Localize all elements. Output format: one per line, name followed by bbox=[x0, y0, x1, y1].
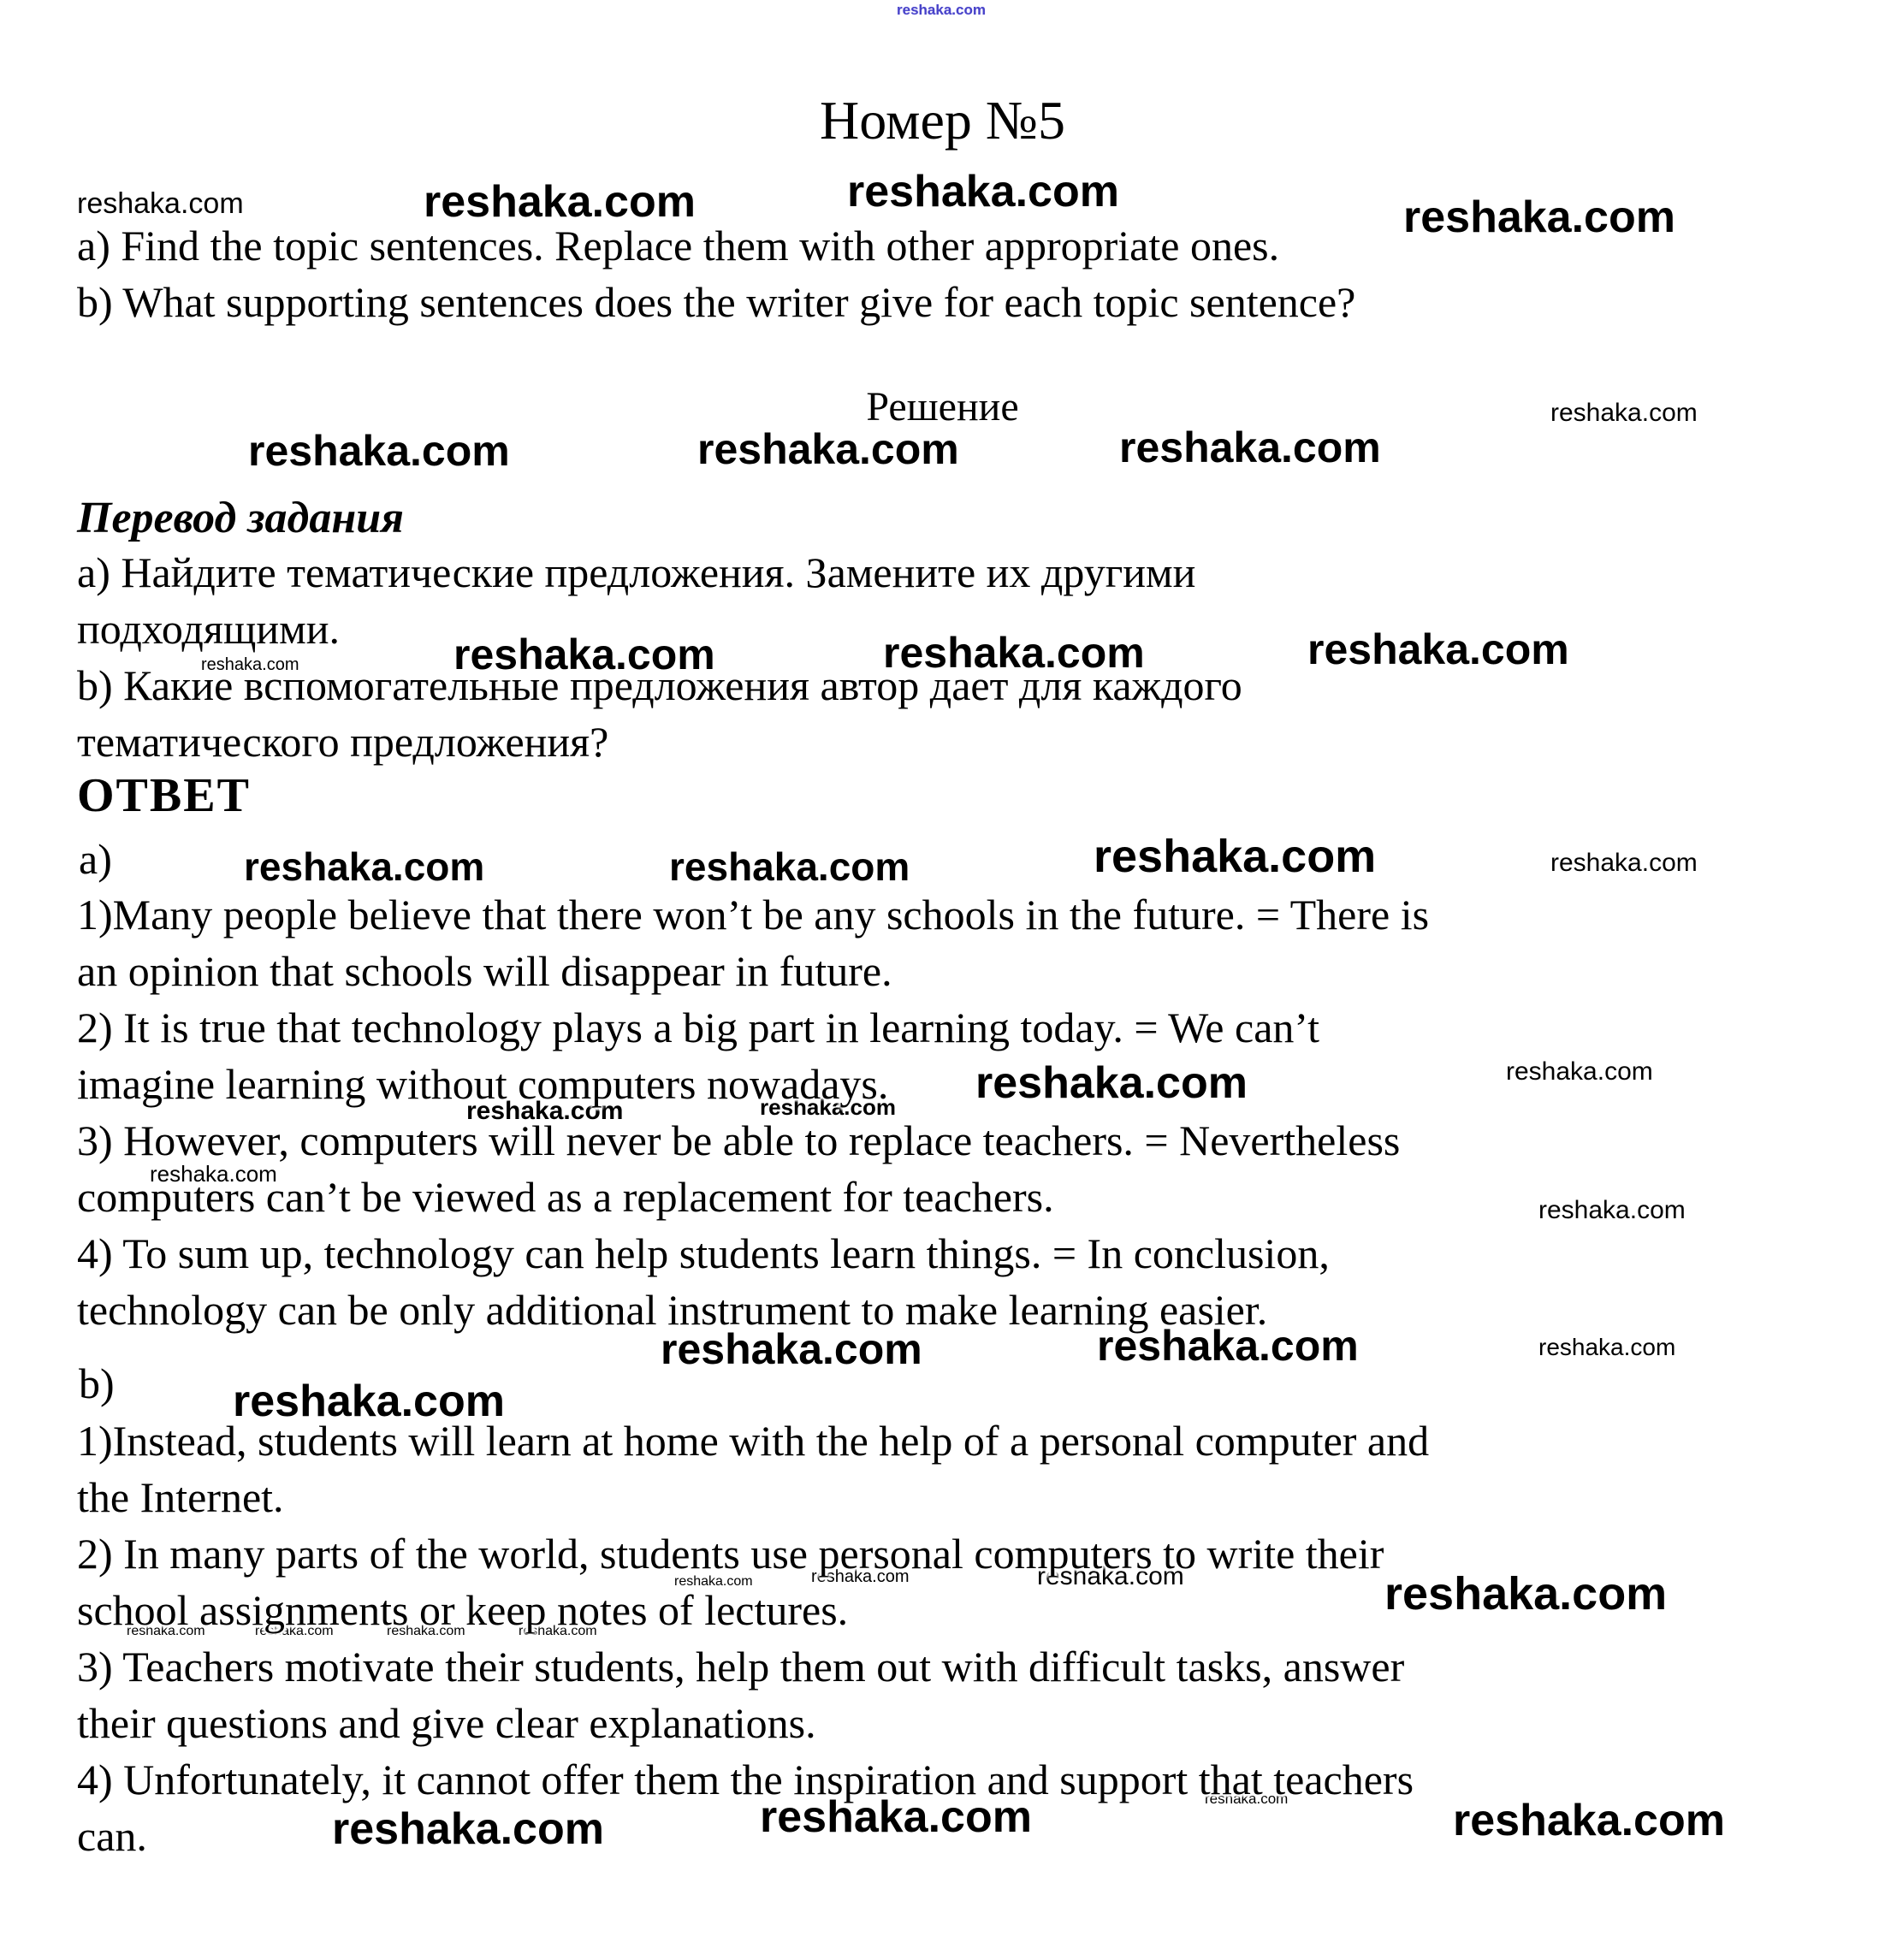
answer-part-a-label: а) bbox=[79, 834, 112, 884]
answer-b-line: 1)Instead, students will learn at home w… bbox=[77, 1416, 1429, 1466]
watermark: reshaka.com bbox=[1384, 1569, 1667, 1620]
watermark: reshaka.com bbox=[1403, 193, 1675, 242]
watermark: reshaka.com bbox=[77, 188, 244, 220]
answer-a-line: 4) To sum up, technology can help studen… bbox=[77, 1229, 1330, 1278]
watermark: reshaka.com bbox=[1453, 1797, 1725, 1845]
answer-b-line: the Internet. bbox=[77, 1472, 284, 1522]
answer-heading: ОТВЕТ bbox=[77, 768, 251, 823]
document-page: reshaka.com Номер №5 reshaka.com reshaka… bbox=[0, 0, 1885, 1960]
watermark: reshaka.com bbox=[975, 1059, 1248, 1108]
answer-b-line: 2) In many parts of the world, students … bbox=[77, 1529, 1384, 1578]
watermark: reshaka.com bbox=[1550, 849, 1698, 877]
watermark: reshaka.com bbox=[1119, 424, 1381, 471]
watermark: reshaka.com bbox=[1538, 1196, 1686, 1224]
watermark: reshaka.com bbox=[424, 178, 696, 227]
translation-line: подходящими. bbox=[77, 604, 340, 654]
answer-a-line: an opinion that schools will disappear i… bbox=[77, 946, 892, 996]
watermark: reshaka.com bbox=[1506, 1057, 1653, 1086]
answer-part-b-label: b) bbox=[79, 1359, 115, 1408]
answer-b-line: can. bbox=[77, 1811, 147, 1861]
answer-a-line: technology can be only additional instru… bbox=[77, 1285, 1267, 1335]
solution-heading: Решение bbox=[0, 383, 1885, 430]
answer-b-line: their questions and give clear explanati… bbox=[77, 1698, 816, 1748]
translation-line: а) Найдите тематические предложения. Зам… bbox=[77, 548, 1195, 597]
answer-b-line: school assignments or keep notes of lect… bbox=[77, 1585, 848, 1635]
watermark-top: reshaka.com bbox=[897, 2, 986, 19]
translation-heading: Перевод задания bbox=[77, 493, 404, 543]
watermark: reshaka.com bbox=[1307, 626, 1569, 673]
watermark: reshaka.com bbox=[248, 428, 510, 475]
answer-a-line: computers can’t be viewed as a replaceme… bbox=[77, 1172, 1054, 1222]
answer-a-line: 2) It is true that technology plays a bi… bbox=[77, 1003, 1319, 1052]
watermark: reshaka.com bbox=[1094, 832, 1376, 882]
page-title: Номер №5 bbox=[0, 89, 1885, 152]
watermark: reshaka.com bbox=[847, 168, 1119, 216]
answer-a-line: 3) However, computers will never be able… bbox=[77, 1116, 1400, 1165]
translation-line: b) Какие вспомогательные предложения авт… bbox=[77, 660, 1242, 710]
task-line-a: a) Find the topic sentences. Replace the… bbox=[77, 221, 1279, 270]
watermark: reshaka.com bbox=[669, 845, 910, 889]
answer-b-line: 3) Teachers motivate their students, hel… bbox=[77, 1642, 1404, 1691]
watermark: reshaka.com bbox=[244, 845, 484, 889]
watermark: reshaka.com bbox=[332, 1805, 604, 1854]
translation-line: тематического предложения? bbox=[77, 717, 608, 767]
answer-a-line: imagine learning without computers nowad… bbox=[77, 1059, 888, 1109]
task-line-b: b) What supporting sentences does the wr… bbox=[77, 277, 1355, 327]
watermark: reshaka.com bbox=[697, 426, 959, 473]
watermark: reshaka.com bbox=[1538, 1335, 1675, 1361]
answer-a-line: 1)Many people believe that there won’t b… bbox=[77, 890, 1429, 939]
answer-b-line: 4) Unfortunately, it cannot offer them t… bbox=[77, 1755, 1414, 1804]
